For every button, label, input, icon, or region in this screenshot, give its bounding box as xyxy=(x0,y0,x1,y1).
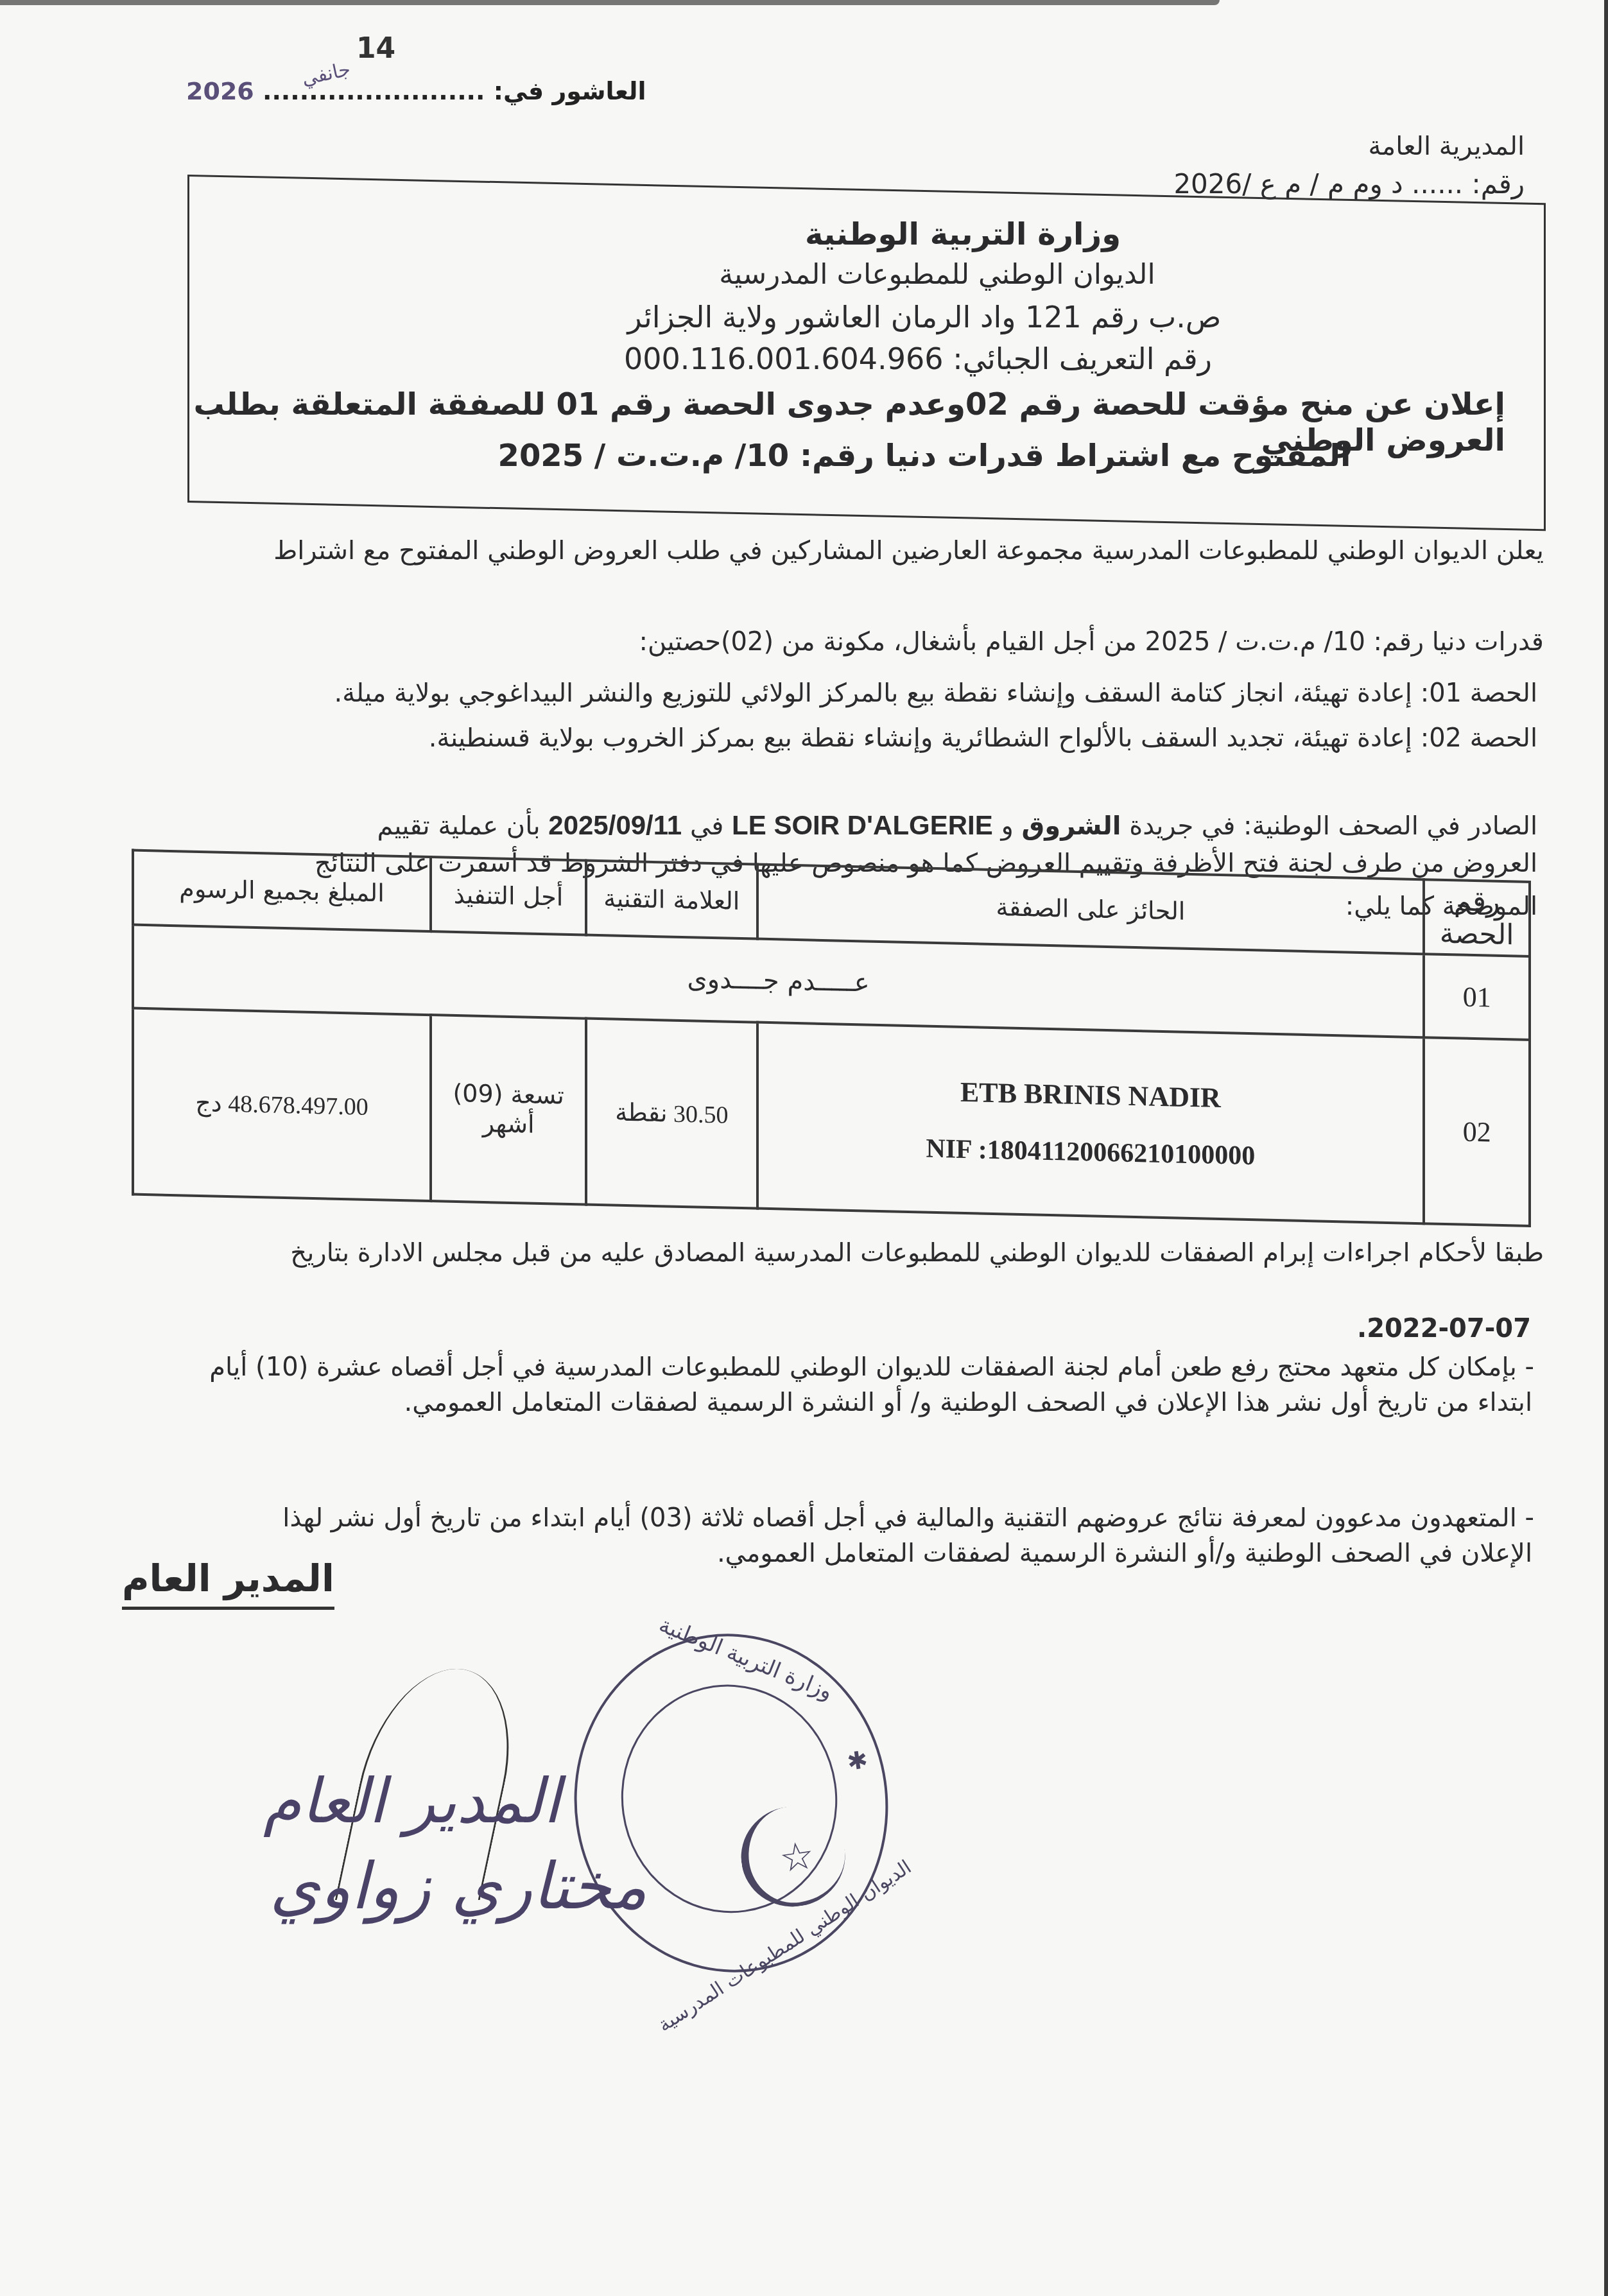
regulation-date: 2022-07-07. xyxy=(1357,1316,1531,1342)
invite-line-2: الإعلان في الصحف الوطنية و/أو النشرة الر… xyxy=(717,1541,1532,1566)
office-address: ص.ب رقم 121 واد الرمان العاشور ولاية الج… xyxy=(189,300,1544,334)
newspaper-arabic: الشروق xyxy=(1022,811,1121,841)
amount: 48.678.497.00 دج xyxy=(133,1008,431,1202)
official-stamp: وزارة التربية الوطنية ☆ ✱ الديوان الوطني… xyxy=(553,1614,910,1993)
lot-number: 02 xyxy=(1424,1037,1530,1226)
department-label: المديرية العامة xyxy=(1368,132,1525,161)
lot-number: 01 xyxy=(1424,954,1530,1040)
location-date-dots: ........................ xyxy=(263,77,485,105)
date-stamp-year: 2026 xyxy=(186,77,254,105)
execution-term: تسعة (09) أشهر xyxy=(431,1015,586,1204)
announcement-title-line2: المفتوح مع اشتراط قدرات دنيا رقم: 10/ م.… xyxy=(189,438,1544,474)
star-icon: ☆ xyxy=(777,1833,817,1882)
publish-date: 2025/09/11 xyxy=(548,810,682,840)
col-header-technical-score: العلامة التقنية xyxy=(586,861,757,939)
lot-2-label: الحصة 02: xyxy=(1421,723,1537,753)
tax-id: رقم التعريف الجبائي: 000.116.001.604.966 xyxy=(189,341,1544,376)
handwritten-title: المدير العام xyxy=(263,1765,560,1837)
lot-1-label: الحصة 01: xyxy=(1421,678,1537,708)
intro-line-1: يعلن الديوان الوطني للمطبوعات المدرسية م… xyxy=(273,538,1544,564)
lot-1-text: إعادة تهيئة، انجاز كتامة السقف وإنشاء نق… xyxy=(334,678,1412,708)
lot-2-text: إعادة تهيئة، تجديد السقف بالألواح الشطائ… xyxy=(429,723,1412,753)
technical-score: 30.50 نقطة xyxy=(586,1019,757,1209)
handwritten-name: مختاري زواوي xyxy=(270,1849,647,1924)
holder-nif: NIF :18041120066210100000 xyxy=(759,1129,1422,1175)
lot-1-description: الحصة 01: إعادة تهيئة، انجاز كتامة السقف… xyxy=(334,680,1537,706)
col-header-amount: المبلغ بجميع الرسوم xyxy=(133,850,431,932)
location-date-line: العاشور في: ........................ 202… xyxy=(186,77,646,105)
title-box: وزارة التربية الوطنية الديوان الوطني للم… xyxy=(187,175,1546,531)
holder-cell: ETB BRINIS NADIR NIF :180411200662101000… xyxy=(757,1023,1424,1224)
intro-line-2: قدرات دنيا رقم: 10/ م.ت.ت / 2025 من أجل … xyxy=(639,629,1544,655)
preposition: في xyxy=(690,811,723,841)
holder-name: ETB BRINIS NADIR xyxy=(759,1071,1422,1118)
table-row: 02 ETB BRINIS NADIR NIF :180411200662101… xyxy=(133,1008,1530,1226)
date-stamp-day: 14 xyxy=(356,32,395,65)
conjunction: و xyxy=(1001,811,1014,841)
newspaper-french: LE SOIR D'ALGERIE xyxy=(732,810,993,840)
evaluation-prefix: الصادر في الصحف الوطنية: في جريدة xyxy=(1129,811,1537,841)
ministry-name: وزارة التربية الوطنية xyxy=(189,216,1544,252)
appeal-line-2: ابتداء من تاريخ أول نشر هذا الإعلان في ا… xyxy=(404,1390,1532,1415)
evaluation-suffix: بأن عملية تقييم xyxy=(377,811,540,841)
location-date-label: العاشور في: xyxy=(494,77,646,105)
results-table: رقم الحصة الحائز على الصفقة العلامة التق… xyxy=(132,849,1531,1227)
col-header-lot: رقم الحصة xyxy=(1424,879,1530,956)
invite-line-1: - المتعهدون مدعوون لمعرفة نتائج عروضهم ا… xyxy=(282,1505,1534,1531)
appeal-line-1: - بإمكان كل متعهد محتج رفع طعن أمام لجنة… xyxy=(209,1354,1534,1380)
page-shadow-right xyxy=(1604,0,1608,2296)
col-header-execution-term: أجل التنفيذ xyxy=(431,857,586,935)
page-shadow-top xyxy=(0,0,1220,5)
lot-2-description: الحصة 02: إعادة تهيئة، تجديد السقف بالأل… xyxy=(429,725,1537,751)
office-name: الديوان الوطني للمطبوعات المدرسية xyxy=(189,258,1544,291)
signatory-title: المدير العام xyxy=(122,1557,334,1610)
regulation-line-1: طبقا لأحكام اجراءات إبرام الصفقات للديوا… xyxy=(290,1240,1544,1266)
star-icon: ✱ xyxy=(845,1745,870,1776)
evaluation-line-1: الصادر في الصحف الوطنية: في جريدة الشروق… xyxy=(377,812,1537,839)
